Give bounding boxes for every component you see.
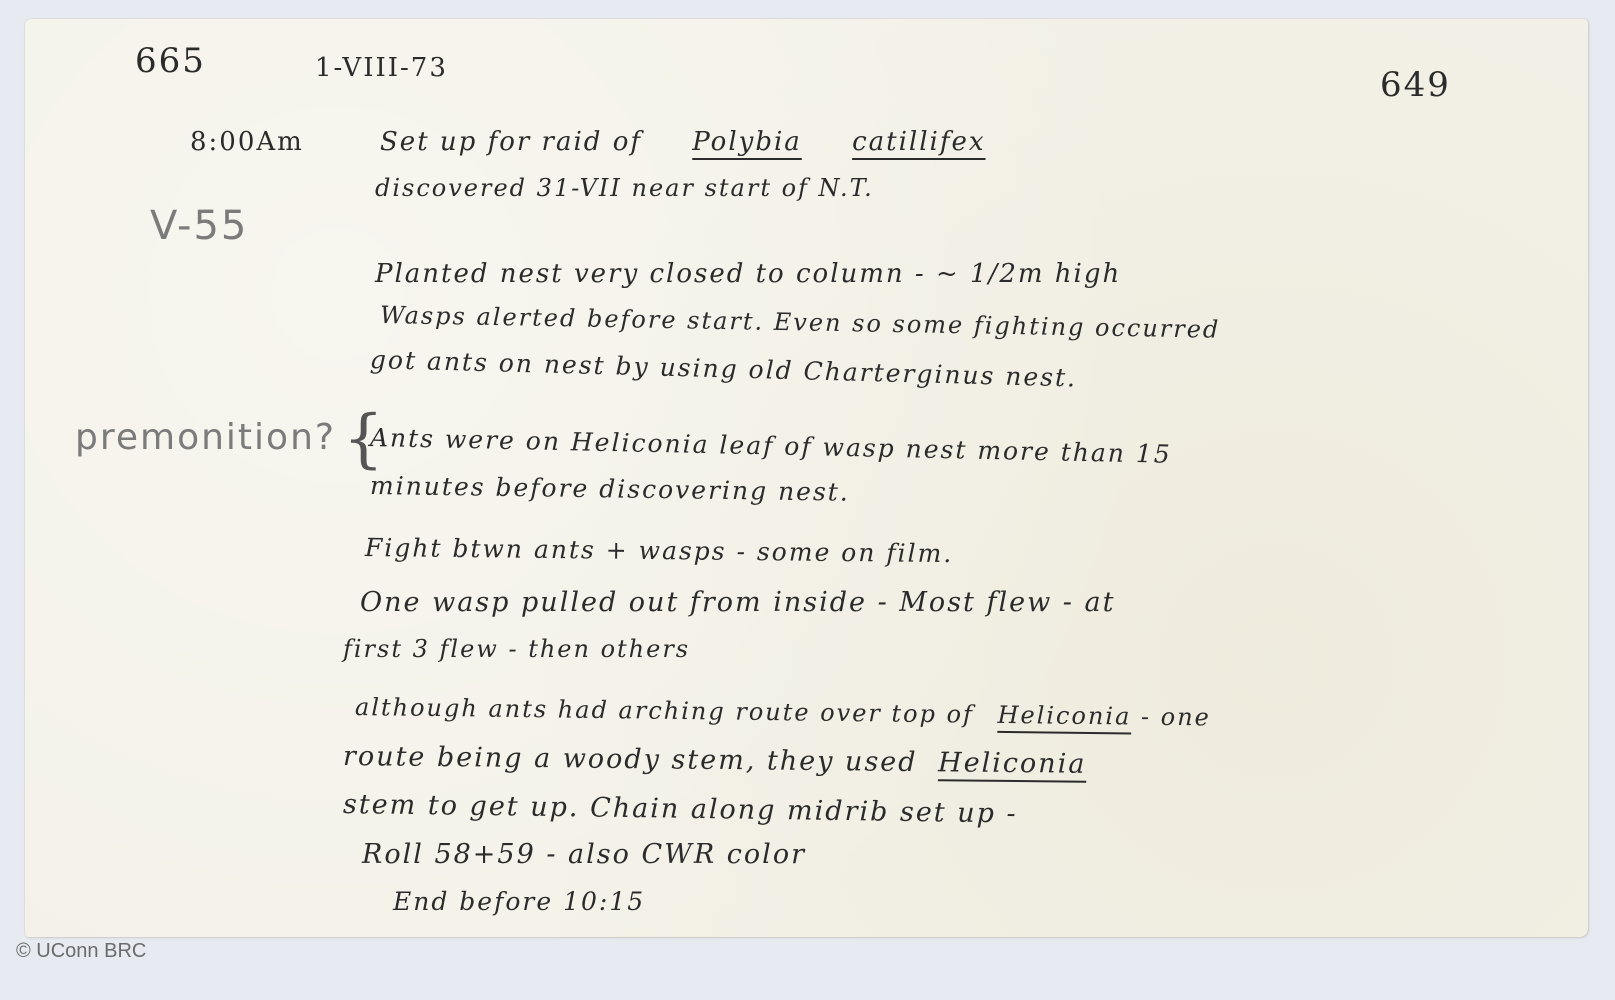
note-line-12: route being a woody stem, they used Heli…: [343, 741, 1087, 780]
field-note-card: 665 1-VIII-73 649 V-55 8:00Am Set up for…: [25, 19, 1588, 937]
species-name: catillifex: [852, 127, 985, 157]
note-line-15: End before 10:15: [393, 887, 645, 916]
note-text: although ants had arching route over top…: [355, 693, 974, 729]
note-line-8: Fight btwn ants + wasps - some on film.: [365, 533, 954, 568]
margin-note-v55: V-55: [150, 203, 248, 249]
margin-note-premonition: premonition?: [75, 417, 336, 458]
note-line-5: got ants on nest by using old Chartergin…: [370, 345, 1078, 393]
copyright-credit: © UConn BRC: [16, 940, 146, 963]
note-line-1: Set up for raid of Polybia catillifex: [380, 127, 986, 157]
genus-name: Heliconia: [938, 747, 1087, 780]
note-line-14: Roll 58+59 - also CWR color: [362, 839, 806, 870]
genus-name: Polybia: [692, 127, 802, 157]
note-line-3: Planted nest very closed to column - ~ 1…: [375, 259, 1121, 289]
note-text: route being a woody stem, they used: [343, 741, 928, 778]
genus-name: Heliconia: [997, 701, 1131, 731]
note-line-7: minutes before discovering nest.: [370, 471, 850, 507]
note-line-2: discovered 31-VII near start of N.T.: [375, 174, 874, 202]
note-line-6: Ants were on Heliconia leaf of wasp nest…: [370, 423, 1172, 469]
note-line-11: although ants had arching route over top…: [355, 693, 1211, 731]
time-stamp: 8:00Am: [190, 127, 304, 157]
note-line-4: Wasps alerted before start. Even so some…: [380, 301, 1221, 344]
note-line-13: stem to get up. Chain along midrib set u…: [343, 789, 1018, 829]
note-text: Set up for raid of: [380, 127, 642, 157]
note-text: - one: [1131, 702, 1211, 731]
date: 1-VIII-73: [315, 53, 448, 83]
page-number: 649: [1380, 65, 1451, 105]
note-line-9: One wasp pulled out from inside - Most f…: [360, 587, 1115, 618]
note-line-10: first 3 flew - then others: [343, 635, 690, 663]
card-number: 665: [135, 41, 206, 81]
